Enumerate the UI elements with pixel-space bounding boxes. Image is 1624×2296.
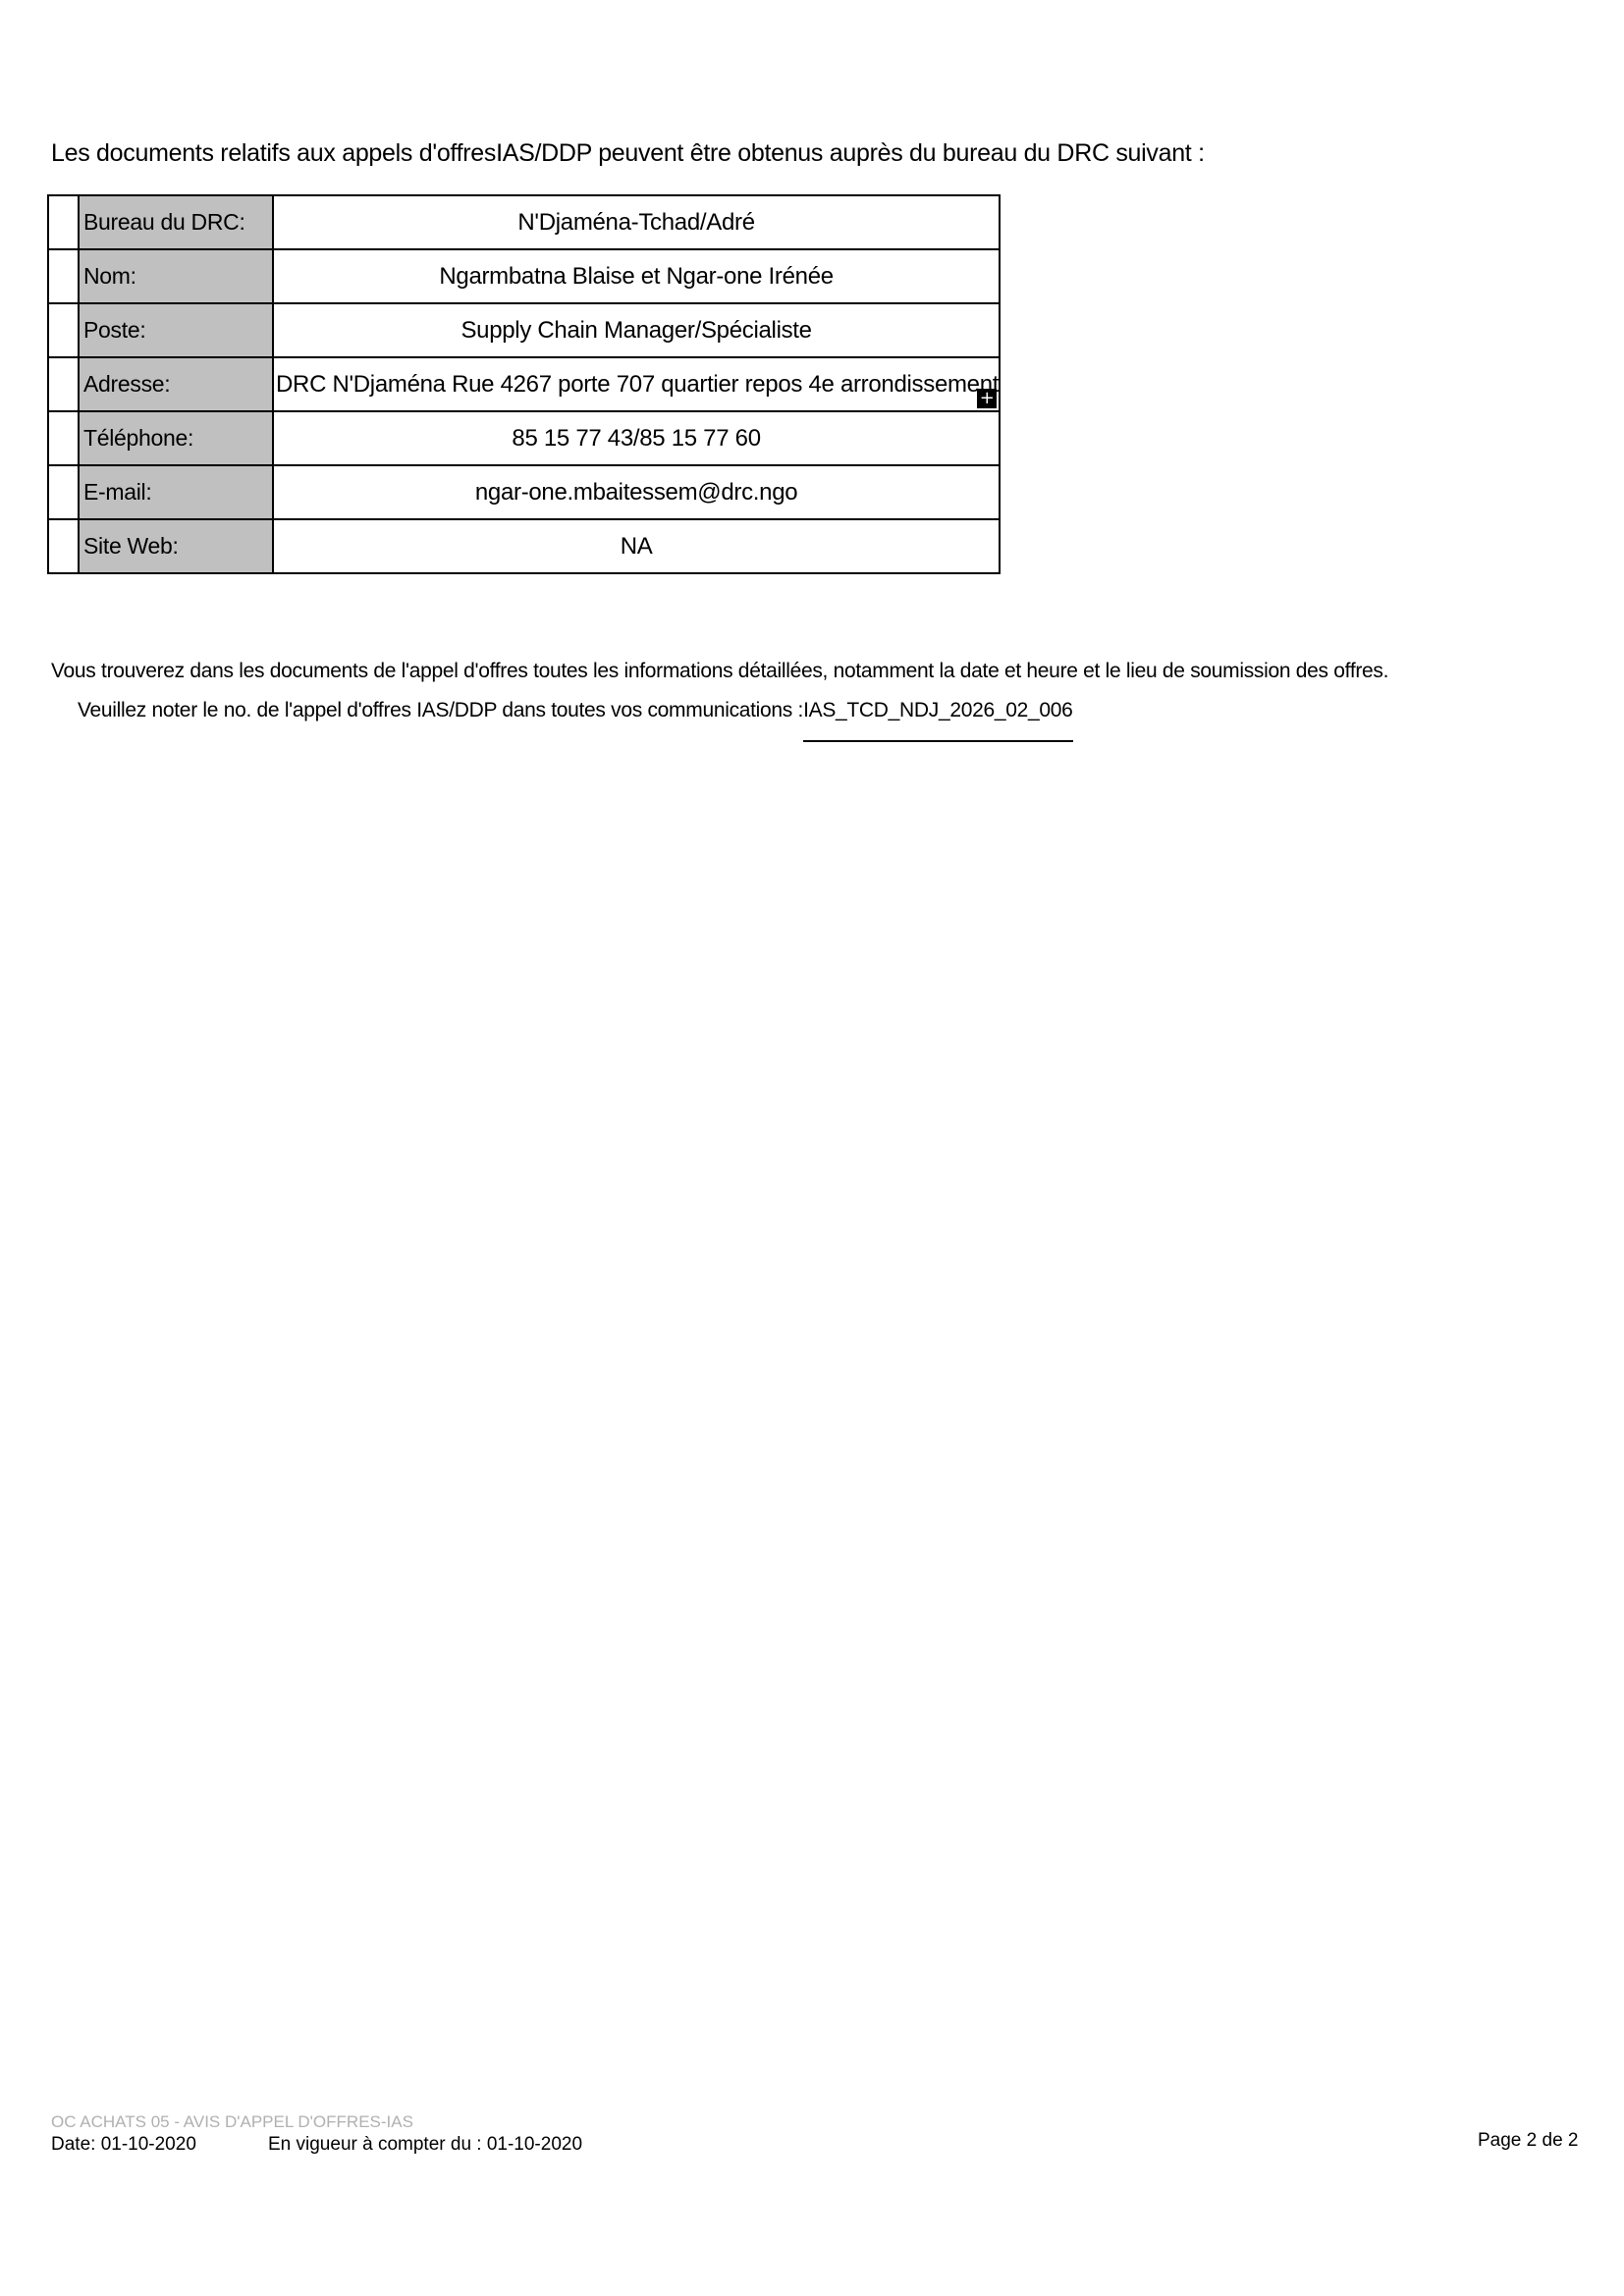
- footer-effective-date: En vigueur à compter du : 01-10-2020: [268, 2134, 582, 2156]
- label-bureau: Bureau du DRC:: [79, 195, 273, 249]
- expand-plus-icon[interactable]: +: [977, 389, 997, 408]
- note-text: Veuillez noter le no. de l'appel d'offre…: [78, 699, 803, 721]
- value-site-web: NA: [273, 519, 1000, 573]
- table-row: Téléphone: 85 15 77 43/85 15 77 60: [48, 411, 1000, 465]
- row-marker: [48, 249, 79, 303]
- label-nom: Nom:: [79, 249, 273, 303]
- intro-text: Les documents relatifs aux appels d'offr…: [51, 139, 1205, 168]
- reference-note: Veuillez noter le no. de l'appel d'offre…: [78, 699, 1073, 742]
- value-bureau: N'Djaména-Tchad/Adré: [273, 195, 1000, 249]
- row-marker: [48, 303, 79, 357]
- contact-table: Bureau du DRC: N'Djaména-Tchad/Adré Nom:…: [47, 194, 1001, 574]
- label-adresse: Adresse:: [79, 357, 273, 411]
- address-text: DRC N'Djaména Rue 4267 porte 707 quartie…: [276, 371, 999, 398]
- tender-reference-number: IAS_TCD_NDJ_2026_02_006: [803, 699, 1072, 742]
- row-marker: [48, 411, 79, 465]
- table-row: Adresse: DRC N'Djaména Rue 4267 porte 70…: [48, 357, 1000, 411]
- footer-document-title: OC ACHATS 05 - AVIS D'APPEL D'OFFRES-IAS: [51, 2112, 413, 2132]
- label-email: E-mail:: [79, 465, 273, 519]
- label-poste: Poste:: [79, 303, 273, 357]
- table-row: Bureau du DRC: N'Djaména-Tchad/Adré: [48, 195, 1000, 249]
- table-row: Nom: Ngarmbatna Blaise et Ngar-one Iréné…: [48, 249, 1000, 303]
- info-text: Vous trouverez dans les documents de l'a…: [51, 660, 1388, 683]
- table-row: Poste: Supply Chain Manager/Spécialiste: [48, 303, 1000, 357]
- value-telephone: 85 15 77 43/85 15 77 60: [273, 411, 1000, 465]
- footer-date: Date: 01-10-2020: [51, 2134, 196, 2156]
- page-number: Page 2 de 2: [1478, 2130, 1578, 2152]
- value-poste: Supply Chain Manager/Spécialiste: [273, 303, 1000, 357]
- row-marker: [48, 357, 79, 411]
- row-marker: [48, 519, 79, 573]
- label-telephone: Téléphone:: [79, 411, 273, 465]
- table-row: E-mail: ngar-one.mbaitessem@drc.ngo: [48, 465, 1000, 519]
- value-nom: Ngarmbatna Blaise et Ngar-one Irénée: [273, 249, 1000, 303]
- row-marker: [48, 195, 79, 249]
- label-site-web: Site Web:: [79, 519, 273, 573]
- value-adresse: DRC N'Djaména Rue 4267 porte 707 quartie…: [273, 357, 1000, 411]
- table-row: Site Web: NA: [48, 519, 1000, 573]
- value-email: ngar-one.mbaitessem@drc.ngo: [273, 465, 1000, 519]
- row-marker: [48, 465, 79, 519]
